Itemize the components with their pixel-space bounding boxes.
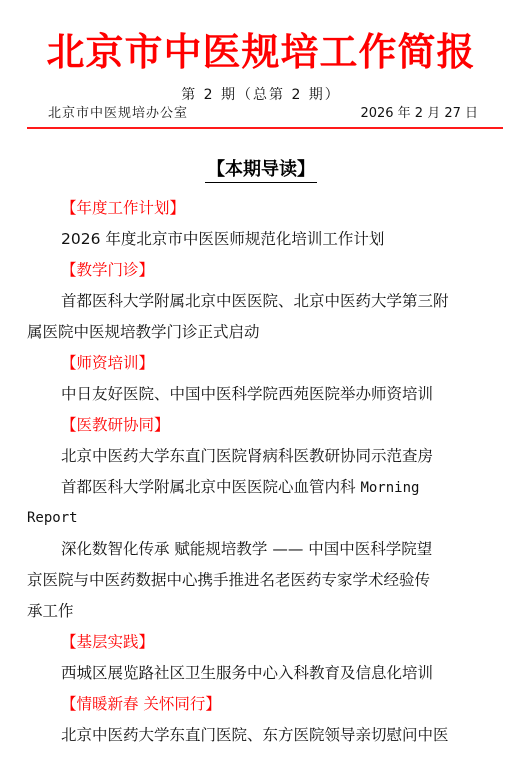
toc-entry-continuation[interactable]: 属医院中医规培教学门诊正式启动 <box>27 317 477 348</box>
toc-entry[interactable]: 首都医科大学附属北京中医医院心血管内科 Morning <box>27 472 477 503</box>
section-label-grassroots-practice: 【基层实践】 <box>27 627 477 658</box>
publish-date: 2026 年 2 月 27 日 <box>360 105 478 123</box>
toc-entry[interactable]: 深化数智化传承 赋能规培教学 —— 中国中医科学院望 <box>27 534 477 565</box>
toc-heading-text: 【本期导读】 <box>205 158 317 183</box>
section-label-spring-care: 【情暖新春 关怀同行】 <box>27 689 477 720</box>
issue-number: 第 2 期（总第 2 期） <box>0 86 522 104</box>
toc-entry[interactable]: 北京中医药大学东直门医院、东方医院领导亲切慰问中医 <box>27 720 477 751</box>
toc-heading: 【本期导读】 <box>0 158 522 183</box>
toc-entry-continuation[interactable]: 承工作 <box>27 596 477 627</box>
publisher-office: 北京市中医规培办公室 <box>48 105 188 123</box>
section-label-teaching-clinic: 【教学门诊】 <box>27 255 477 286</box>
toc-entry[interactable]: 西城区展览路社区卫生服务中心入科教育及信息化培训 <box>27 658 477 689</box>
table-of-contents: 【年度工作计划】 2026 年度北京市中医医师规范化培训工作计划 【教学门诊】 … <box>27 193 477 751</box>
section-label-faculty-training: 【师资培训】 <box>27 348 477 379</box>
toc-entry-continuation[interactable]: 京医院与中医药数据中心携手推进名老医药专家学术经验传 <box>27 565 477 596</box>
section-label-medical-education-research: 【医教研协同】 <box>27 410 477 441</box>
toc-entry-text-latin: Morning <box>360 480 419 496</box>
newsletter-page: 北京市中医规培工作简报 第 2 期（总第 2 期） 北京市中医规培办公室 202… <box>0 0 522 779</box>
toc-entry[interactable]: 中日友好医院、中国中医科学院西苑医院举办师资培训 <box>27 379 477 410</box>
masthead-divider <box>27 127 503 129</box>
toc-entry[interactable]: 2026 年度北京市中医医师规范化培训工作计划 <box>27 224 477 255</box>
toc-entry[interactable]: 首都医科大学附属北京中医医院、北京中医药大学第三附 <box>27 286 477 317</box>
toc-entry[interactable]: 北京中医药大学东直门医院肾病科医教研协同示范查房 <box>27 441 477 472</box>
toc-entry-text: 首都医科大学附属北京中医医院心血管内科 <box>61 478 356 496</box>
toc-entry-continuation[interactable]: Report <box>27 503 477 534</box>
newsletter-title: 北京市中医规培工作简报 <box>0 30 522 74</box>
section-label-annual-plan: 【年度工作计划】 <box>27 193 477 224</box>
masthead-meta: 北京市中医规培办公室 2026 年 2 月 27 日 <box>48 105 478 123</box>
